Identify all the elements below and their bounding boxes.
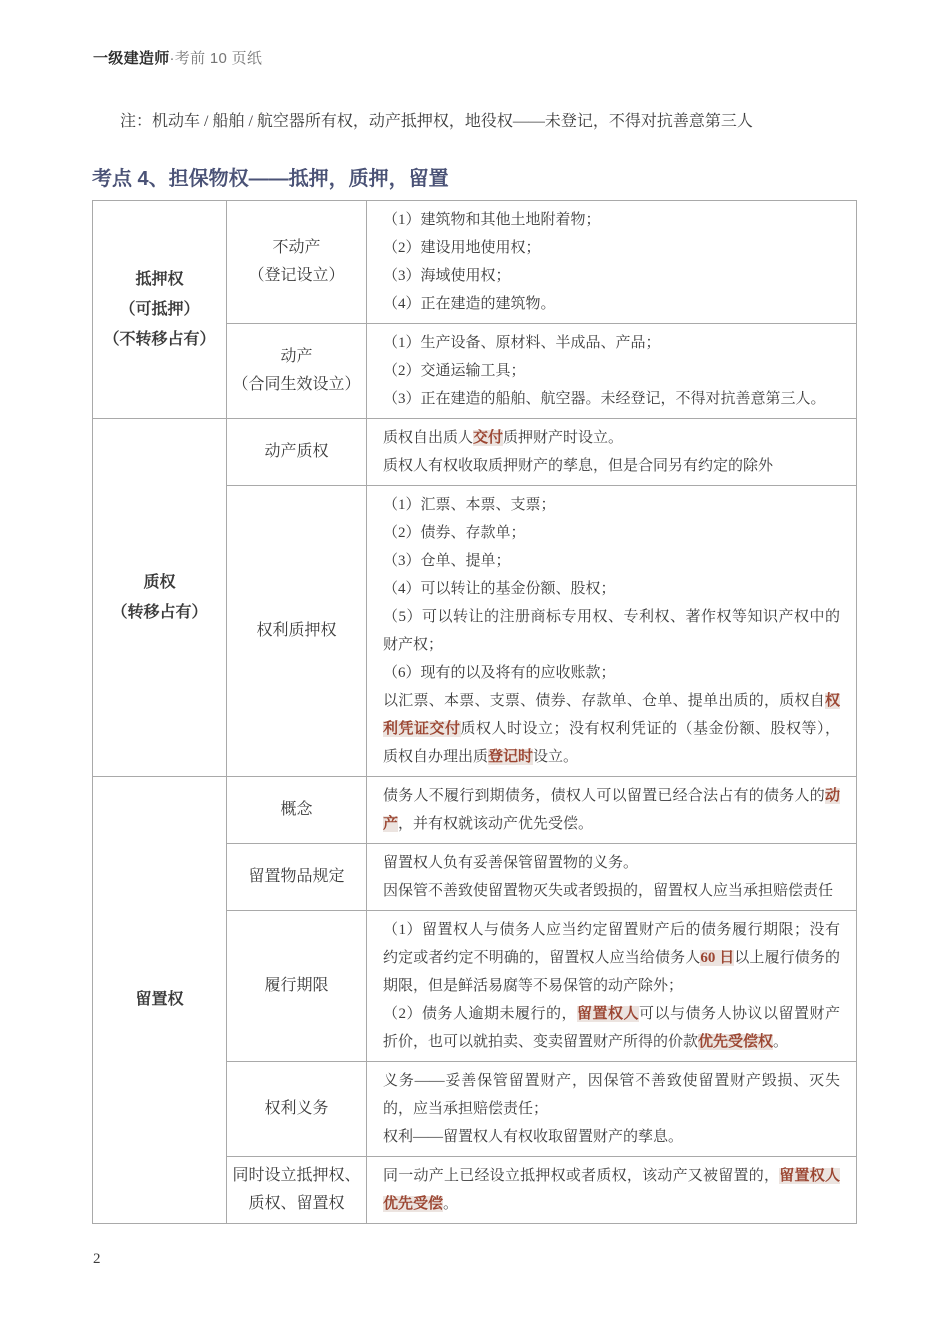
row-content-cell: 同一动产上已经设立抵押权或者质权，该动产又被留置的，留置权人优先受偿。 bbox=[367, 1157, 857, 1224]
table-row: 抵押权（可抵押）（不转移占有）不动产（登记设立）（1）建筑物和其他土地附着物；（… bbox=[93, 201, 857, 324]
row-label-cell: 动产质权 bbox=[227, 419, 367, 486]
highlighted-term: 留置权人 bbox=[577, 1006, 639, 1022]
content-paragraph: （2）债务人逾期未履行的，留置权人可以与债务人协议以留置财产折价，也可以就拍卖、… bbox=[383, 1000, 840, 1056]
row-label-cell: 留置物品规定 bbox=[227, 844, 367, 911]
row-content-cell: 质权自出质人交付质押财产时设立。质权人有权收取质押财产的孳息，但是合同另有约定的… bbox=[367, 419, 857, 486]
group-title-cell: 留置权 bbox=[93, 777, 227, 1224]
highlighted-term: 登记时 bbox=[488, 749, 533, 765]
row-content-cell: （1）生产设备、原材料、半成品、产品；（2）交通运输工具；（3）正在建造的船舶、… bbox=[367, 324, 857, 419]
content-paragraph: （1）留置权人与债务人应当约定留置财产后的债务履行期限；没有约定或者约定不明确的… bbox=[383, 916, 840, 1000]
content-paragraph: 因保管不善致使留置物灭失或者毁损的，留置权人应当承担赔偿责任 bbox=[383, 877, 840, 905]
content-paragraph: （1）汇票、本票、支票； bbox=[383, 491, 840, 519]
table-row: 质权（转移占有）动产质权质权自出质人交付质押财产时设立。质权人有权收取质押财产的… bbox=[93, 419, 857, 486]
content-paragraph: （2）债券、存款单； bbox=[383, 519, 840, 547]
note-line: 注：机动车 / 船舶 / 航空器所有权，动产抵押权，地役权——未登记，不得对抗善… bbox=[120, 108, 753, 131]
content-paragraph: 权利——留置权人有权收取留置财产的孳息。 bbox=[383, 1123, 840, 1151]
row-label-cell: 同时设立抵押权、质权、留置权 bbox=[227, 1157, 367, 1224]
content-paragraph: 留置权人负有妥善保管留置物的义务。 bbox=[383, 849, 840, 877]
row-content-cell: 留置权人负有妥善保管留置物的义务。因保管不善致使留置物灭失或者毁损的，留置权人应… bbox=[367, 844, 857, 911]
group-title-cell: 抵押权（可抵押）（不转移占有） bbox=[93, 201, 227, 419]
content-paragraph: （3）正在建造的船舶、航空器。未经登记，不得对抗善意第三人。 bbox=[383, 385, 840, 413]
row-label-cell: 履行期限 bbox=[227, 911, 367, 1062]
content-paragraph: （3）仓单、提单； bbox=[383, 547, 840, 575]
table-row: 留置权概念债务人不履行到期债务，债权人可以留置已经合法占有的债务人的动产，并有权… bbox=[93, 777, 857, 844]
highlighted-term: 60 日 bbox=[700, 950, 734, 966]
row-label-cell: 概念 bbox=[227, 777, 367, 844]
content-paragraph: （5）可以转让的注册商标专用权、专利权、著作权等知识产权中的财产权； bbox=[383, 603, 840, 659]
row-content-cell: （1）留置权人与债务人应当约定留置财产后的债务履行期限；没有约定或者约定不明确的… bbox=[367, 911, 857, 1062]
content-paragraph: （2）交通运输工具； bbox=[383, 357, 840, 385]
row-label-cell: 权利义务 bbox=[227, 1062, 367, 1157]
content-paragraph: 质权自出质人交付质押财产时设立。 bbox=[383, 424, 840, 452]
content-paragraph: （1）生产设备、原材料、半成品、产品； bbox=[383, 329, 840, 357]
page-number: 2 bbox=[93, 1251, 101, 1268]
brand-title: 一级建造师 bbox=[93, 50, 170, 67]
content-paragraph: 以汇票、本票、支票、债券、存款单、仓单、提单出质的，质权自权利凭证交付质权人时设… bbox=[383, 687, 840, 771]
header-subtitle: ·考前 10 页纸 bbox=[170, 50, 263, 67]
content-paragraph: （4）可以转让的基金份额、股权； bbox=[383, 575, 840, 603]
content-paragraph: （4）正在建造的建筑物。 bbox=[383, 290, 840, 318]
row-content-cell: 债务人不履行到期债务，债权人可以留置已经合法占有的债务人的动产，并有权就该动产优… bbox=[367, 777, 857, 844]
row-content-cell: （1）汇票、本票、支票；（2）债券、存款单；（3）仓单、提单；（4）可以转让的基… bbox=[367, 486, 857, 777]
row-content-cell: （1）建筑物和其他土地附着物；（2）建设用地使用权；（3）海域使用权；（4）正在… bbox=[367, 201, 857, 324]
row-label-cell: 权利质押权 bbox=[227, 486, 367, 777]
content-paragraph: 债务人不履行到期债务，债权人可以留置已经合法占有的债务人的动产，并有权就该动产优… bbox=[383, 782, 840, 838]
highlighted-term: 优先受偿权 bbox=[698, 1034, 773, 1050]
row-content-cell: 义务——妥善保管留置财产，因保管不善致使留置财产毁损、灭失的，应当承担赔偿责任；… bbox=[367, 1062, 857, 1157]
content-paragraph: 同一动产上已经设立抵押权或者质权，该动产又被留置的，留置权人优先受偿。 bbox=[383, 1162, 840, 1218]
row-label-cell: 动产（合同生效设立） bbox=[227, 324, 367, 419]
row-label-cell: 不动产（登记设立） bbox=[227, 201, 367, 324]
section-heading: 考点 4、担保物权——抵押，质押，留置 bbox=[92, 162, 449, 191]
content-paragraph: （1）建筑物和其他土地附着物； bbox=[383, 206, 840, 234]
content-paragraph: （6）现有的以及将有的应收账款； bbox=[383, 659, 840, 687]
content-paragraph: （2）建设用地使用权； bbox=[383, 234, 840, 262]
content-paragraph: 义务——妥善保管留置财产，因保管不善致使留置财产毁损、灭失的，应当承担赔偿责任； bbox=[383, 1067, 840, 1123]
content-paragraph: 质权人有权收取质押财产的孳息，但是合同另有约定的除外 bbox=[383, 452, 840, 480]
document-page: 一级建造师·考前 10 页纸 注：机动车 / 船舶 / 航空器所有权，动产抵押权… bbox=[0, 0, 950, 1333]
doc-header: 一级建造师·考前 10 页纸 bbox=[93, 47, 262, 68]
exam-table: 抵押权（可抵押）（不转移占有）不动产（登记设立）（1）建筑物和其他土地附着物；（… bbox=[92, 200, 857, 1224]
exam-table-body: 抵押权（可抵押）（不转移占有）不动产（登记设立）（1）建筑物和其他土地附着物；（… bbox=[93, 201, 857, 1224]
content-paragraph: （3）海域使用权； bbox=[383, 262, 840, 290]
highlighted-term: 交付 bbox=[473, 430, 503, 446]
group-title-cell: 质权（转移占有） bbox=[93, 419, 227, 777]
